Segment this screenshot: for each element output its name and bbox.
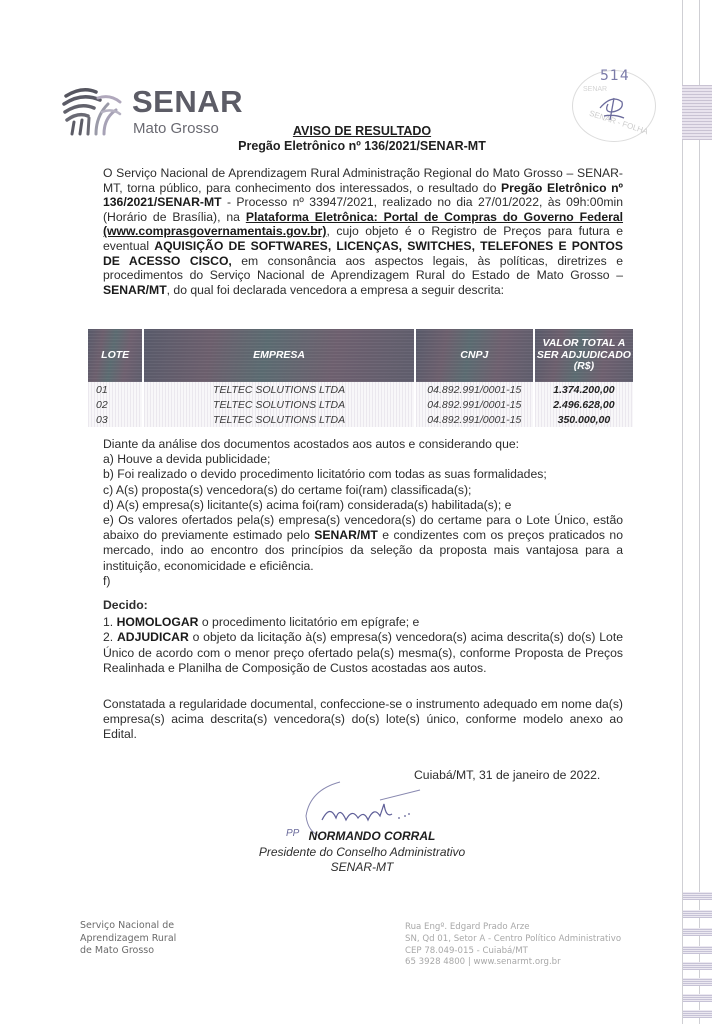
cell-valor: 2.496.628,00 <box>535 397 633 412</box>
considerations-intro: Diante da análise dos documentos acostad… <box>103 437 623 452</box>
consideration-item: c) A(s) proposta(s) vencedora(s) do cert… <box>103 483 623 498</box>
consideration-item: f) <box>103 574 623 589</box>
stamp-initials-signature-icon <box>594 88 630 124</box>
footer-line: Serviço Nacional de <box>80 920 176 933</box>
org-acronym: SENAR/MT <box>103 283 167 297</box>
edge-tick <box>683 892 712 900</box>
footer-org-name: Serviço Nacional de Aprendizagem Rural d… <box>80 920 176 958</box>
consideration-item: a) Houve a devida publicidade; <box>103 452 623 467</box>
cell-cnpj: 04.892.991/0001-15 <box>416 382 533 397</box>
decision-heading: Decido: <box>103 598 623 613</box>
cell-lote: 03 <box>88 412 142 427</box>
footer-line: SN, Qd 01, Setor A - Centro Político Adm… <box>405 934 621 946</box>
consideration-item: d) A(s) empresa(s) licitante(s) acima fo… <box>103 498 623 513</box>
footer-line: de Mato Grosso <box>80 945 176 958</box>
table-row: 01TELTEC SOLUTIONS LTDA04.892.991/0001-1… <box>88 382 633 397</box>
footer-line: Aprendizagem Rural <box>80 933 176 946</box>
footer-line: Rua Engº. Edgard Prado Arze <box>405 922 621 934</box>
footer-contact-link[interactable]: 65 3928 4800 | www.senarmt.org.br <box>405 957 621 969</box>
document-subtitle: Pregão Eletrônico nº 136/2021/SENAR-MT <box>0 139 724 153</box>
cell-cnpj: 04.892.991/0001-15 <box>416 397 533 412</box>
edge-tick <box>683 910 712 918</box>
header-empresa: EMPRESA <box>144 329 414 382</box>
cell-empresa: TELTEC SOLUTIONS LTDA <box>144 412 414 427</box>
footer-line: CEP 78.049-015 - Cuiabá/MT <box>405 946 621 958</box>
cell-empresa: TELTEC SOLUTIONS LTDA <box>144 397 414 412</box>
decision-verb: ADJUDICAR <box>117 630 189 644</box>
document-page: SENAR Mato Grosso 514 SENAR SENAR - FOLH… <box>0 0 724 1024</box>
considerations-section: Diante da análise dos documentos acostad… <box>103 437 623 589</box>
org-acronym: SENAR/MT <box>314 528 378 542</box>
city-date: Cuiabá/MT, 31 de janeiro de 2022. <box>414 768 600 782</box>
cell-valor: 350.000,00 <box>535 412 633 427</box>
document-title: AVISO DE RESULTADO <box>0 124 724 138</box>
edge-tick <box>683 928 712 936</box>
edge-tick <box>683 962 712 970</box>
footer-address: Rua Engº. Edgard Prado Arze SN, Qd 01, S… <box>405 922 621 969</box>
header-lote: LOTE <box>88 329 142 382</box>
decision-section: Decido: 1. HOMOLOGAR o procedimento lici… <box>103 598 623 676</box>
header-valor: VALOR TOTAL A SER ADJUDICADO (R$) <box>535 329 633 382</box>
decision-number: 1. <box>103 615 117 629</box>
consideration-item: b) Foi realizado o devido procedimento l… <box>103 467 623 482</box>
results-table: LOTE EMPRESA CNPJ VALOR TOTAL A SER ADJU… <box>86 329 635 427</box>
header-cnpj: CNPJ <box>416 329 533 382</box>
edge-tick <box>683 1010 712 1018</box>
cell-empresa: TELTEC SOLUTIONS LTDA <box>144 382 414 397</box>
table-header-row: LOTE EMPRESA CNPJ VALOR TOTAL A SER ADJU… <box>88 329 633 382</box>
edge-tick <box>683 946 712 954</box>
edge-tick <box>683 978 712 986</box>
decision-text: o procedimento licitatório em epígrafe; … <box>198 615 419 629</box>
table-row: 03TELTEC SOLUTIONS LTDA04.892.991/0001-1… <box>88 412 633 427</box>
signer-name: NORMANDO CORRAL <box>0 829 724 843</box>
intro-text: , do qual foi declarada vencedora a empr… <box>167 283 504 297</box>
signer-org: SENAR-MT <box>0 860 724 874</box>
consideration-item: e) Os valores ofertados pela(s) empresa(… <box>103 513 623 574</box>
cell-cnpj: 04.892.991/0001-15 <box>416 412 533 427</box>
cell-valor: 1.374.200,00 <box>535 382 633 397</box>
decision-item-1: 1. HOMOLOGAR o procedimento licitatório … <box>103 615 623 630</box>
intro-paragraph: O Serviço Nacional de Aprendizagem Rural… <box>103 166 623 297</box>
cell-lote: 02 <box>88 397 142 412</box>
logo-name: SENAR <box>132 84 243 120</box>
table-row: 02TELTEC SOLUTIONS LTDA04.892.991/0001-1… <box>88 397 633 412</box>
closing-paragraph: Constatada a regularidade documental, co… <box>103 697 623 743</box>
signer-role: Presidente do Conselho Administrativo <box>0 845 724 859</box>
stamp-page-number: 514 <box>600 68 630 84</box>
decision-number: 2. <box>103 630 117 644</box>
edge-tick <box>683 994 712 1002</box>
cell-lote: 01 <box>88 382 142 397</box>
decision-item-2: 2. ADJUDICAR o objeto da licitação à(s) … <box>103 630 623 676</box>
decision-verb: HOMOLOGAR <box>117 615 199 629</box>
